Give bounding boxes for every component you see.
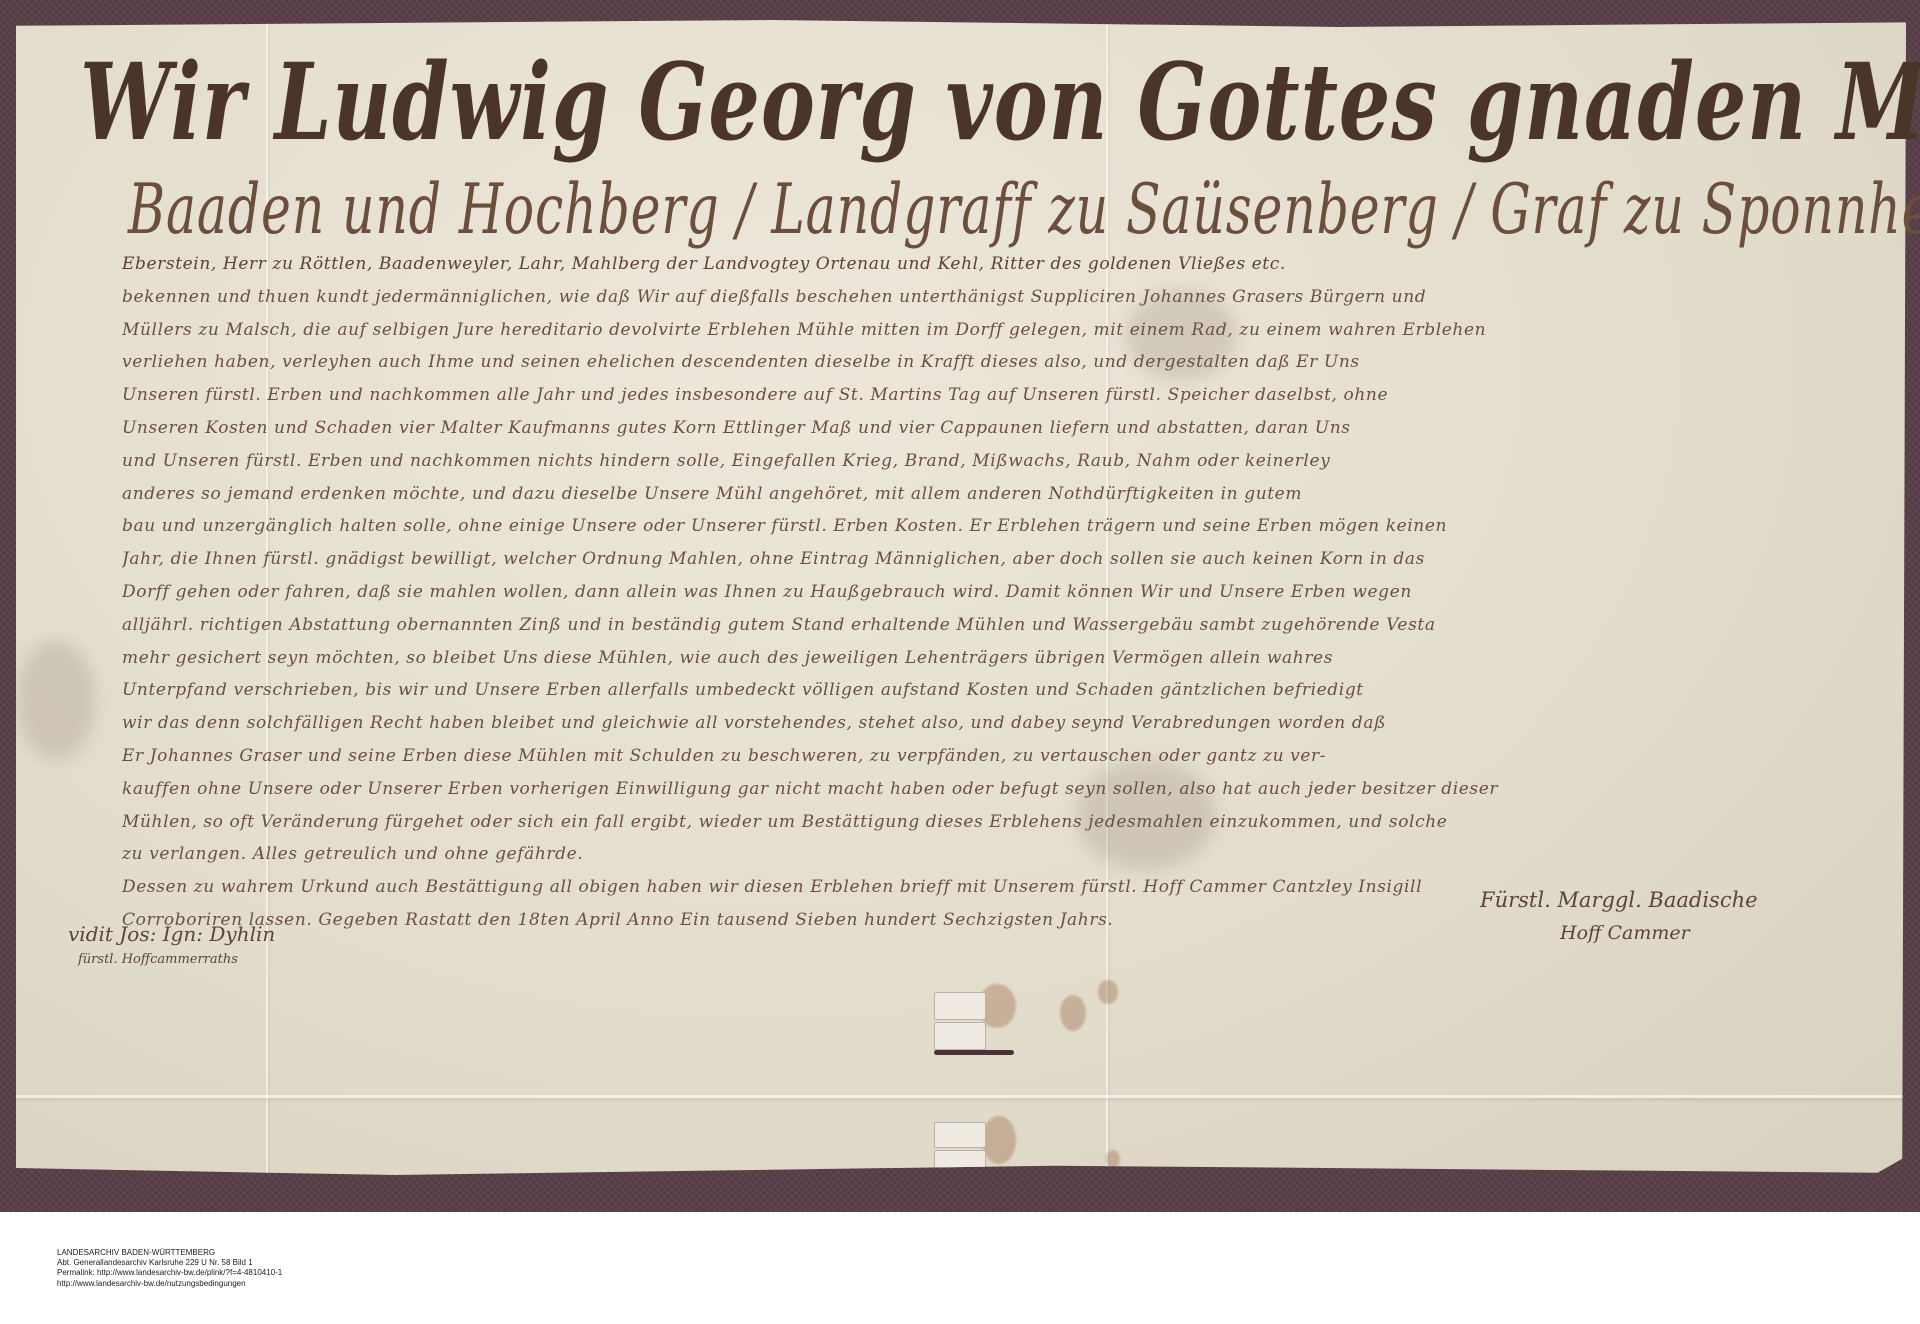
body-line: Eberstein, Herr zu Röttlen, Baadenweyler… <box>122 248 1882 281</box>
scan-background: Wir Ludwig Georg von Gottes gnaden Margg… <box>0 0 1920 1212</box>
charter-title-line-1: Wir Ludwig Georg von Gottes gnaden Margg… <box>80 40 1920 164</box>
permalink[interactable]: Permalink: http://www.landesarchiv-bw.de… <box>57 1268 282 1278</box>
seal-tab <box>934 992 986 1020</box>
body-line: Dorff gehen oder fahren, daß sie mahlen … <box>122 576 1882 609</box>
signature-block: Fürstl. Marggl. Baadische Hoff Cammer <box>1480 888 1758 944</box>
body-line: zu verlangen. Alles getreulich und ohne … <box>122 838 1882 871</box>
body-line: bekennen und thuen kundt jedermänniglich… <box>122 281 1882 314</box>
wax-stain <box>1098 980 1118 1004</box>
vidit-line-2: fürstl. Hoffcammerraths <box>78 952 275 967</box>
signature-line-1: Fürstl. Marggl. Baadische <box>1480 888 1758 912</box>
body-line: Jahr, die Ihnen fürstl. gnädigst bewilli… <box>122 543 1882 576</box>
body-line: anderes so jemand erdenken möchte, und d… <box>122 478 1882 511</box>
signature-line-2: Hoff Cammer <box>1560 922 1758 944</box>
body-line: alljährl. richtigen Abstattung obernannt… <box>122 609 1882 642</box>
body-line: Unseren Kosten und Schaden vier Malter K… <box>122 412 1882 445</box>
body-line: kauffen ohne Unsere oder Unserer Erben v… <box>122 773 1882 806</box>
archive-caption: LANDESARCHIV BADEN-WÜRTTEMBERG Abt. Gene… <box>57 1248 282 1289</box>
seal-slit <box>934 1050 1014 1055</box>
body-line: bau und unzergänglich halten solle, ohne… <box>122 510 1882 543</box>
body-line: und Unseren fürstl. Erben und nachkommen… <box>122 445 1882 478</box>
charter-body: Eberstein, Herr zu Röttlen, Baadenweyler… <box>122 248 1882 937</box>
body-line: wir das denn solchfälligen Recht haben b… <box>122 707 1882 740</box>
vidit-line-1: vidit Jos: Ign: Dyhlin <box>68 922 275 946</box>
seal-tab <box>934 1150 986 1178</box>
wax-stain <box>1106 1150 1120 1168</box>
vidit-annotation: vidit Jos: Ign: Dyhlin fürstl. Hoffcamme… <box>68 922 275 967</box>
archive-reference: Abt. Generallandesarchiv Karlsruhe 229 U… <box>57 1258 282 1268</box>
terms-link[interactable]: http://www.landesarchiv-bw.de/nutzungsbe… <box>57 1279 282 1289</box>
fold-crease <box>16 1095 1906 1098</box>
body-line: Mühlen, so oft Veränderung fürgehet oder… <box>122 806 1882 839</box>
body-line: Unseren fürstl. Erben und nachkommen all… <box>122 379 1882 412</box>
body-line: Er Johannes Graser und seine Erben diese… <box>122 740 1882 773</box>
stain <box>16 640 96 760</box>
charter-title-line-2: Baaden und Hochberg / Landgraff zu Saüse… <box>128 168 1920 250</box>
archive-name: LANDESARCHIV BADEN-WÜRTTEMBERG <box>57 1248 282 1258</box>
body-line: mehr gesichert seyn möchten, so bleibet … <box>122 642 1882 675</box>
seal-tab <box>934 1022 986 1050</box>
body-line: Müllers zu Malsch, die auf selbigen Jure… <box>122 314 1882 347</box>
body-line: Unterpfand verschrieben, bis wir und Uns… <box>122 674 1882 707</box>
wax-stain <box>982 1116 1016 1164</box>
wax-stain <box>1060 995 1086 1031</box>
body-line: verliehen haben, verleyhen auch Ihme und… <box>122 346 1882 379</box>
seal-tab <box>934 1122 986 1148</box>
